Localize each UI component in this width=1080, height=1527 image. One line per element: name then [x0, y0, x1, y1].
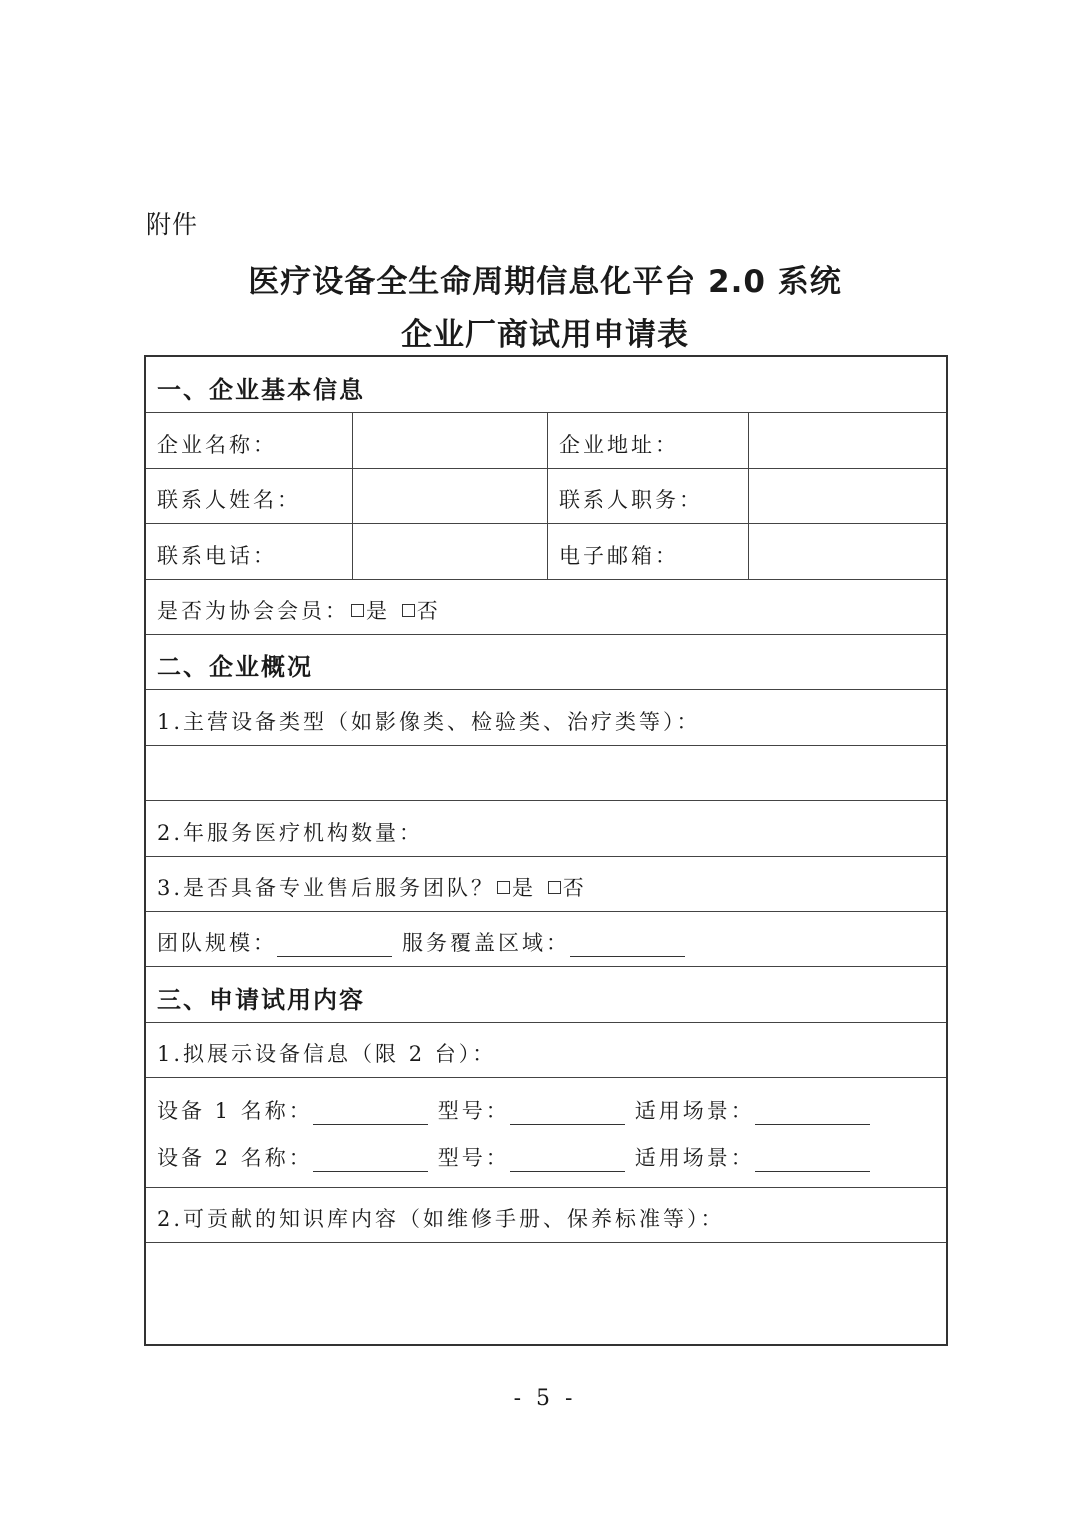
- member-no-label: 否: [417, 599, 441, 623]
- equipment-type-question: 1.主营设备类型（如影像类、检验类、治疗类等）：: [146, 706, 701, 736]
- attachment-label: 附件: [146, 205, 198, 241]
- service-team-no-checkbox[interactable]: [548, 881, 561, 894]
- table-row: 2.可贡献的知识库内容（如维修手册、保养标准等）：: [146, 1187, 946, 1242]
- table-row: 企业名称： 企业地址：: [146, 412, 946, 467]
- device-1-name-field[interactable]: [313, 1106, 428, 1125]
- service-team-yes-label: 是: [512, 876, 536, 900]
- team-size-label: 团队规模：: [157, 927, 277, 957]
- team-details: 团队规模： 服务覆盖区域：: [146, 927, 695, 957]
- device-2-name-field[interactable]: [313, 1153, 428, 1172]
- device-1-line: 设备 1 名称： 型号： 适用场景：: [146, 1095, 880, 1125]
- team-size-field[interactable]: [277, 938, 392, 957]
- field-label-contact-name: 联系人姓名：: [146, 469, 352, 523]
- form-title-line1: 医疗设备全生命周期信息化平台 2.0 系统: [0, 256, 1080, 301]
- member-question-label: 是否为协会会员：: [157, 599, 349, 623]
- table-row: 团队规模： 服务覆盖区域：: [146, 911, 946, 966]
- section-heading-trial-content: 三、申请试用内容: [146, 966, 946, 1021]
- member-question-row: 是否为协会会员：是 否: [146, 579, 946, 634]
- device-1-model-label: 型号：: [438, 1095, 510, 1125]
- device-2-model-field[interactable]: [510, 1153, 625, 1172]
- service-team-no-label: 否: [563, 876, 587, 900]
- section-heading-company-overview: 二、企业概况: [146, 634, 946, 689]
- field-label-email: 电子邮箱：: [547, 524, 748, 578]
- section-heading-text: 三、申请试用内容: [157, 980, 365, 1015]
- section-heading-text: 一、企业基本信息: [157, 370, 365, 405]
- member-yes-checkbox[interactable]: [351, 604, 364, 617]
- device-1-scene-field[interactable]: [755, 1106, 870, 1125]
- field-label-contact-title: 联系人职务：: [547, 469, 748, 523]
- service-team-yes-checkbox[interactable]: [497, 881, 510, 894]
- knowledge-base-question: 2.可贡献的知识库内容（如维修手册、保养标准等）：: [146, 1203, 725, 1233]
- equipment-type-answer-field[interactable]: [146, 745, 946, 800]
- section-heading-text: 二、企业概况: [157, 647, 313, 682]
- form-title-line2: 企业厂商试用申请表: [0, 309, 1080, 354]
- device-2-model-label: 型号：: [438, 1142, 510, 1172]
- device-list-row: 设备 1 名称： 型号： 适用场景： 设备 2 名称： 型号： 适用场景：: [146, 1077, 946, 1187]
- member-question: 是否为协会会员：是 否: [146, 595, 441, 625]
- table-row: 1.拟展示设备信息（限 2 台）：: [146, 1022, 946, 1077]
- device-2-line: 设备 2 名称： 型号： 适用场景：: [146, 1142, 880, 1172]
- device-1-scene-label: 适用场景：: [635, 1095, 755, 1125]
- company-name-field[interactable]: [352, 413, 547, 467]
- table-row: 联系人姓名： 联系人职务：: [146, 468, 946, 523]
- device-2-scene-label: 适用场景：: [635, 1142, 755, 1172]
- company-address-field[interactable]: [748, 413, 946, 467]
- institution-count-question: 2.年服务医疗机构数量：: [146, 817, 423, 847]
- device-info-question: 1.拟展示设备信息（限 2 台）：: [146, 1038, 496, 1068]
- knowledge-base-answer-field[interactable]: [146, 1242, 946, 1344]
- table-row: 联系电话： 电子邮箱：: [146, 523, 946, 578]
- section-heading-basic-info: 一、企业基本信息: [146, 357, 946, 412]
- field-label-company-name: 企业名称：: [146, 413, 352, 467]
- device-2-name-label: 设备 2 名称：: [157, 1142, 313, 1172]
- application-form-table: 一、企业基本信息 企业名称： 企业地址： 联系人姓名： 联系人职务： 联系电话：…: [144, 355, 948, 1346]
- field-label-company-address: 企业地址：: [547, 413, 748, 467]
- device-2-scene-field[interactable]: [755, 1153, 870, 1172]
- service-team-question: 3.是否具备专业售后服务团队？是 否: [146, 872, 587, 902]
- page-number: - 5 -: [0, 1386, 1080, 1411]
- member-yes-label: 是: [366, 599, 390, 623]
- table-row: 2.年服务医疗机构数量：: [146, 800, 946, 855]
- contact-title-field[interactable]: [748, 469, 946, 523]
- coverage-area-label: 服务覆盖区域：: [402, 927, 570, 957]
- email-field[interactable]: [748, 524, 946, 578]
- field-label-phone: 联系电话：: [146, 524, 352, 578]
- service-team-question-label: 3.是否具备专业售后服务团队？: [157, 876, 495, 900]
- member-no-checkbox[interactable]: [402, 604, 415, 617]
- table-row: 3.是否具备专业售后服务团队？是 否: [146, 856, 946, 911]
- table-row: 1.主营设备类型（如影像类、检验类、治疗类等）：: [146, 689, 946, 744]
- coverage-area-field[interactable]: [570, 938, 685, 957]
- device-1-name-label: 设备 1 名称：: [157, 1095, 313, 1125]
- phone-field[interactable]: [352, 524, 547, 578]
- contact-name-field[interactable]: [352, 469, 547, 523]
- device-1-model-field[interactable]: [510, 1106, 625, 1125]
